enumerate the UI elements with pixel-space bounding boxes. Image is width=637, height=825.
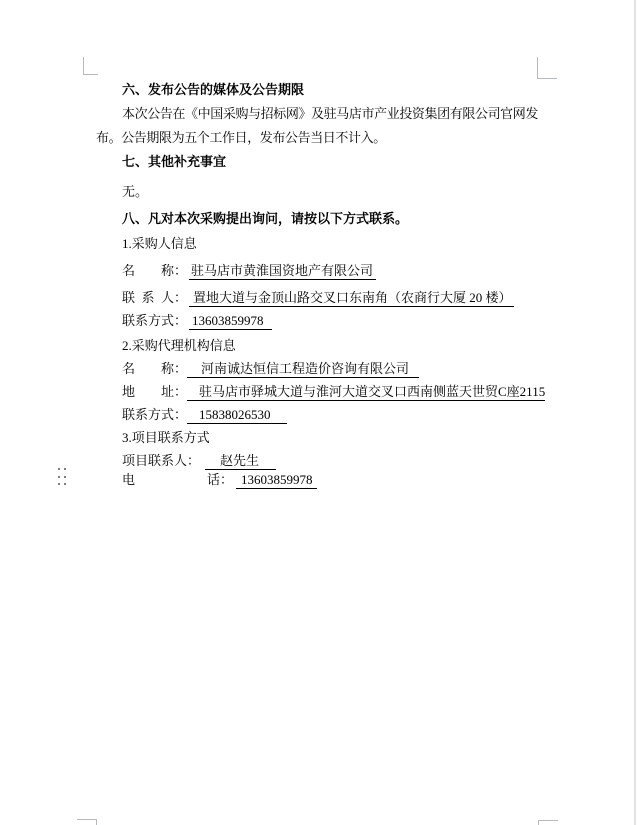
project-telephone-line: 电话：13603859978	[96, 470, 538, 490]
agency-phone-line: 联系方式：15838026530	[96, 403, 538, 426]
page-right-edge	[634, 0, 636, 825]
section-8-heading: 八、凡对本次采购提出询问，请按以下方式联系。	[96, 207, 538, 231]
project-contact-line: 项目联系人：赵先生	[96, 449, 538, 472]
colon: ：	[187, 453, 200, 468]
agency-name-line: 名称：河南诚达恒信工程造价咨询有限公司	[96, 357, 538, 380]
text-boundary-mark-bottom-left	[77, 819, 97, 825]
colon: ：	[174, 384, 187, 399]
document-body: 六、发布公告的媒体及公告期限 本次公告在《中国采购与招标网》及驻马店市产业投资集…	[96, 73, 538, 490]
buyer-name-line: 名称：驻马店市黄淮国资地产有限公司	[96, 259, 538, 282]
agency-name-label: 名称	[122, 357, 174, 380]
colon: ：	[174, 313, 187, 328]
colon: ：	[174, 361, 187, 376]
buyer-phone-line: 联系方式：13603859978	[96, 309, 538, 332]
buyer-phone-label: 联系方式	[122, 309, 174, 332]
document-page: 六、发布公告的媒体及公告期限 本次公告在《中国采购与招标网》及驻马店市产业投资集…	[0, 0, 637, 825]
agency-info-title: 2.采购代理机构信息	[96, 334, 538, 357]
drag-handle-icon[interactable]	[58, 468, 67, 486]
colon: ：	[220, 472, 233, 487]
project-contact-title: 3.项目联系方式	[96, 426, 538, 449]
buyer-name-label: 名称	[122, 259, 174, 282]
buyer-contact-line: 联系人：置地大道与金顶山路交叉口东南角（农商行大厦 20 楼）	[96, 286, 538, 309]
section-7-heading: 七、其他补充事宜	[96, 150, 538, 174]
text-boundary-mark-bottom-right	[538, 820, 558, 825]
colon: ：	[174, 290, 187, 305]
agency-name-value: 河南诚达恒信工程造价咨询有限公司	[187, 361, 419, 378]
agency-phone-value: 15838026530	[187, 407, 287, 424]
buyer-contact-value: 置地大道与金顶山路交叉口东南角（农商行大厦 20 楼）	[189, 290, 514, 307]
colon: ：	[174, 407, 187, 422]
agency-phone-label: 联系方式	[122, 403, 174, 426]
buyer-contact-label: 联系人	[122, 286, 174, 309]
agency-address-value: 驻马店市驿城大道与淮河大道交叉口西南侧蓝天世贸C座2115	[187, 384, 545, 401]
section-6-paragraph: 本次公告在《中国采购与招标网》及驻马店市产业投资集团有限公司官网发布。公告期限为…	[96, 102, 538, 150]
buyer-phone-value: 13603859978	[189, 313, 272, 330]
project-contact-label: 项目联系人	[122, 453, 187, 468]
buyer-info-title: 1.采购人信息	[96, 232, 538, 255]
agency-address-line: 地址：驻马店市驿城大道与淮河大道交叉口西南侧蓝天世贸C座2115	[96, 380, 538, 403]
project-telephone-value: 13603859978	[236, 472, 317, 489]
project-contact-value: 赵先生	[205, 453, 276, 470]
project-telephone-label: 电话	[122, 470, 220, 490]
buyer-name-value: 驻马店市黄淮国资地产有限公司	[189, 263, 376, 280]
section-7-paragraph: 无。	[96, 180, 538, 203]
text-boundary-mark-top-right	[537, 57, 557, 79]
colon: ：	[174, 263, 187, 278]
agency-address-label: 地址	[122, 380, 174, 403]
section-6-heading: 六、发布公告的媒体及公告期限	[96, 78, 538, 102]
